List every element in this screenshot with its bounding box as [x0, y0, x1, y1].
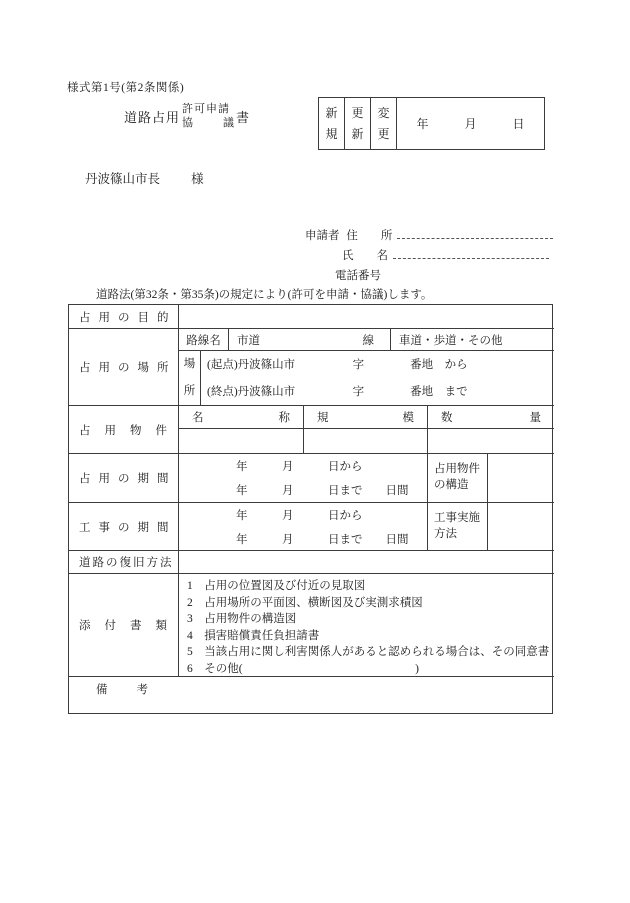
purpose-label: 占用の目的 — [79, 309, 177, 325]
structure-value-cell — [488, 454, 554, 503]
attachment-item-5: 5 当該占用に関し利害関係人があると認められる場合は、その同意書 — [187, 644, 554, 661]
title-option-consult: 協 議 — [182, 116, 234, 130]
object-qty-char2: 量 — [530, 409, 542, 425]
restoration-label: 道路の復旧方法 — [79, 554, 174, 570]
form-number: 様式第1号(第2条関係) — [67, 79, 184, 95]
title-suffix: 書 — [236, 107, 250, 126]
addressee: 丹波篠山市長 様 — [85, 169, 204, 187]
applicant-phone-row: 電話番号 — [305, 266, 553, 286]
route-name-label: 路線名 — [186, 332, 221, 348]
address-fill-line — [397, 230, 553, 239]
object-name-value-cell — [179, 429, 304, 454]
work-method-label-cell: 工事実施 方法 — [428, 503, 488, 551]
place-rows-label-cell: 場 所 — [179, 351, 201, 406]
occupancy-period-value-cell: 年 月 日から 年 月 日まで 日間 — [179, 454, 428, 503]
work-period-label: 工事の期間 — [79, 519, 177, 535]
addressee-honorific: 様 — [191, 172, 204, 186]
attachment-item-3: 3 占用物件の構造図 — [187, 611, 554, 628]
applicant-block: 申請者 住 所 氏 名 電話番号 — [305, 226, 553, 286]
attachment-item-4: 4 損害賠償責任負担請書 — [187, 628, 554, 645]
place-header-cell: 占用の場所 — [69, 329, 179, 406]
title-prefix: 道路占用 — [124, 107, 180, 126]
object-scale-value-cell — [304, 429, 428, 454]
attachment-item-1: 1 占用の位置図及び付近の見取図 — [187, 578, 554, 595]
occupancy-period-label: 占用の期間 — [79, 470, 177, 486]
status-date-box: 新 規 更 新 変 更 年 月 日 — [318, 97, 545, 150]
restoration-value-cell — [179, 551, 554, 574]
object-header-cell: 占用物件 — [69, 406, 179, 454]
place-label: 占用の場所 — [79, 359, 177, 375]
applicant-address-row: 申請者 住 所 — [305, 226, 553, 246]
work-method-value-cell — [488, 503, 554, 551]
object-qty-value-cell — [428, 429, 554, 454]
work-period-header-cell: 工事の期間 — [69, 503, 179, 551]
purpose-value-cell — [179, 305, 554, 329]
title-option-consult-char1: 協 — [182, 116, 193, 130]
occupancy-period-header-cell: 占用の期間 — [69, 454, 179, 503]
remarks-label: 備考 — [96, 681, 177, 697]
title-option-consult-char2: 議 — [223, 116, 234, 130]
attachment-item-6: 6 その他( ) — [187, 661, 554, 678]
status-option-renew: 更 新 — [345, 98, 371, 149]
route-name-value-cell: 市道 線 — [229, 329, 391, 351]
applicant-label: 申請者 — [305, 230, 340, 242]
attachments-header-cell: 添付書類 — [69, 574, 179, 677]
form-page: 様式第1号(第2条関係) 道路占用 許可申請 協 議 書 新 規 更 新 変 更… — [0, 0, 630, 903]
name-label: 氏 名 — [342, 250, 388, 262]
title-options: 許可申請 協 議 — [182, 102, 234, 130]
form-title: 道路占用 許可申請 協 議 書 — [124, 102, 250, 130]
address-label: 住 所 — [346, 230, 392, 242]
route-suffix: 線 — [363, 332, 375, 348]
object-label: 占用物件 — [79, 422, 181, 438]
object-qty-char1: 数 — [441, 409, 453, 425]
road-type-cell: 車道・歩道・その他 — [391, 329, 554, 351]
application-table: 占用の目的 占用の場所 占用物件 占用の期間 工事の期間 道路の復旧方法 添付書… — [68, 304, 553, 714]
object-scale-header-cell: 規 模 — [304, 406, 428, 429]
date-field: 年 月 日 — [397, 98, 544, 149]
declaration-text: 道路法(第32条・第35条)の規定により(許可を申請・協議)します。 — [96, 286, 432, 302]
route-name-header-cell: 路線名 — [179, 329, 229, 351]
phone-label: 電話番号 — [335, 270, 381, 282]
object-qty-header-cell: 数 量 — [428, 406, 554, 429]
applicant-name-row: 氏 名 — [305, 246, 553, 266]
status-option-new: 新 規 — [319, 98, 345, 149]
remarks-cell: 備考 — [69, 677, 554, 715]
object-name-char2: 称 — [279, 409, 291, 425]
road-type-options: 車道・歩道・その他 — [399, 332, 503, 348]
attachments-label: 添付書類 — [79, 617, 181, 633]
status-option-change: 変 更 — [371, 98, 397, 149]
object-scale-char2: 模 — [403, 409, 415, 425]
addressee-name: 丹波篠山市長 — [85, 172, 160, 186]
attachments-list-cell: 1 占用の位置図及び付近の見取図 2 占用場所の平面図、横断図及び実測求積図 3… — [179, 574, 554, 677]
attachment-item-2: 2 占用場所の平面図、横断図及び実測求積図 — [187, 595, 554, 612]
place-start-end-cell: (起点)丹波篠山市 字 番地 から (終点)丹波篠山市 字 番地 まで — [201, 351, 554, 406]
work-period-value-cell: 年 月 日から 年 月 日まで 日間 — [179, 503, 428, 551]
name-fill-line — [393, 250, 549, 259]
purpose-header-cell: 占用の目的 — [69, 305, 179, 329]
object-name-char1: 名 — [192, 409, 204, 425]
route-name-value: 市道 — [237, 332, 260, 348]
structure-label-cell: 占用物件 の構造 — [428, 454, 488, 503]
restoration-header-cell: 道路の復旧方法 — [69, 551, 179, 574]
title-option-permit: 許可申請 — [182, 102, 234, 116]
object-name-header-cell: 名 称 — [179, 406, 304, 429]
object-scale-char1: 規 — [317, 409, 329, 425]
